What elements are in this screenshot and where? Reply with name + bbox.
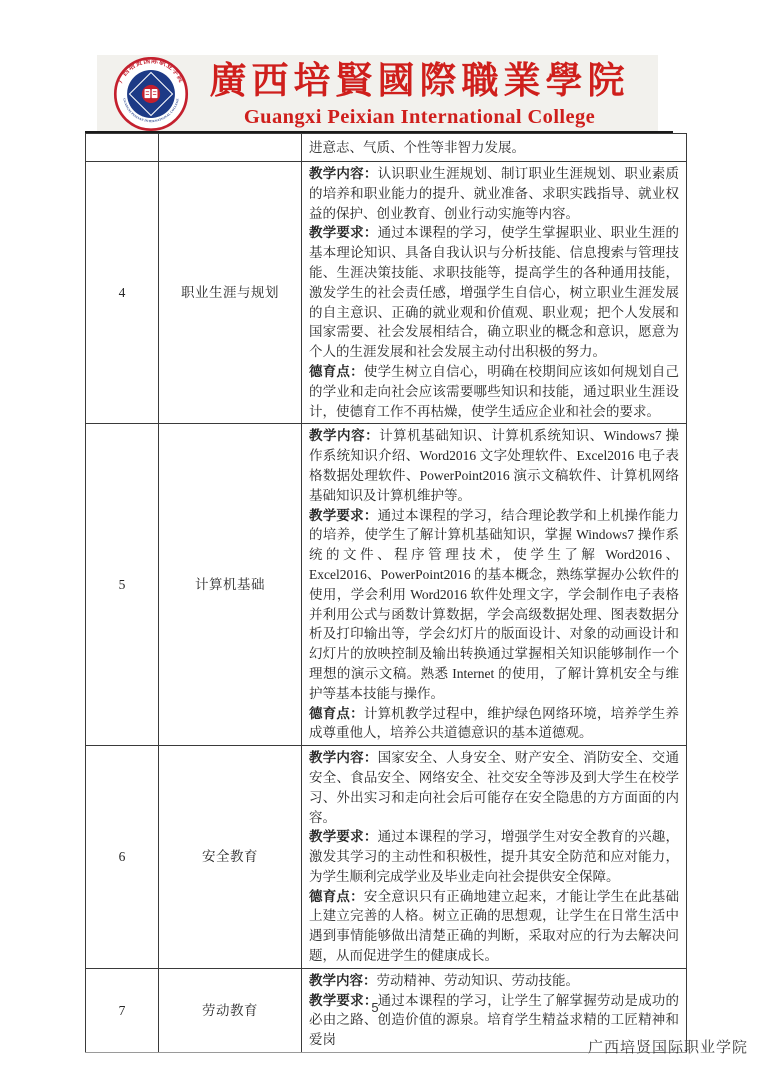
paragraph: 教学要求：通过本课程的学习，使学生掌握职业、职业生涯的基本理论知识、具备自我认识… [309,223,679,362]
paragraph-text: 使学生树立自信心，明确在校期间应该如何规划自己的学业和走向社会应该需要哪些知识和… [309,364,679,419]
paragraph-label: 教学要求： [309,225,378,240]
document-page: 广西培贤国际职业学院 GUANGXI PEIXIAN INTERNATIONAL… [0,0,764,1080]
paragraph: 德育点：计算机教学过程中，维护绿色网络环境，培养学生养成尊重他人，培养公共道德意… [309,704,679,744]
paragraph-label: 教学内容： [309,750,378,765]
table-row-4: 4 职业生涯与规划 教学内容：认识职业生涯规划、制订职业生涯规划、职业素质的培养… [86,162,687,424]
college-title-en: Guangxi Peixian International College [189,105,650,129]
cell-no-empty [86,134,159,162]
paragraph-label: 教学要求： [309,829,378,844]
cell-no: 6 [86,746,159,969]
table-row-carryover: 进意志、气质、个性等非智力发展。 [86,134,687,162]
paragraph: 教学内容：计算机基础知识、计算机系统知识、Windows7 操作系统知识介绍、W… [309,426,679,505]
page-number: 5 [85,1000,665,1015]
paragraph-label: 教学要求： [309,508,378,523]
college-header: 广西培贤国际职业学院 GUANGXI PEIXIAN INTERNATIONAL… [97,55,658,133]
paragraph: 教学内容：认识职业生涯规划、制订职业生涯规划、职业素质的培养和职业能力的提升、就… [309,164,679,223]
college-logo: 广西培贤国际职业学院 GUANGXI PEIXIAN INTERNATIONAL… [113,56,189,132]
college-titles: 廣西培賢國際職業學院 Guangxi Peixian International… [189,60,658,129]
table-row-6: 6 安全教育 教学内容：国家安全、人身安全、财产安全、消防安全、交通安全、食品安… [86,746,687,969]
paragraph: 教学要求：通过本课程的学习，结合理论教学和上机操作能力的培养，使学生了解计算机基… [309,506,679,704]
college-logo-emblem: 广西培贤国际职业学院 GUANGXI PEIXIAN INTERNATIONAL… [113,56,189,132]
cell-no: 4 [86,162,159,424]
table-row-5: 5 计算机基础 教学内容：计算机基础知识、计算机系统知识、Windows7 操作… [86,424,687,746]
cell-course: 职业生涯与规划 [159,162,302,424]
paragraph: 教学内容：劳动精神、劳动知识、劳动技能。 [309,971,679,991]
carryover-text: 进意志、气质、个性等非智力发展。 [309,138,679,158]
paragraph-text: 计算机教学过程中，维护绿色网络环境，培养学生养成尊重他人，培养公共道德意识的基本… [309,706,679,741]
cell-no: 5 [86,424,159,746]
paragraph: 德育点：使学生树立自信心，明确在校期间应该如何规划自己的学业和走向社会应该需要哪… [309,362,679,421]
course-table: 进意志、气质、个性等非智力发展。 4 职业生涯与规划 教学内容：认识职业生涯规划… [85,133,687,1053]
paragraph-label: 德育点： [309,706,364,721]
paragraph-text: 通过本课程的学习，结合理论教学和上机操作能力的培养，使学生了解计算机基础知识，掌… [309,508,679,701]
paragraph-text: 通过本课程的学习，使学生掌握职业、职业生涯的基本理论知识、具备自我认识与分析技能… [309,225,679,359]
paragraph: 德育点：安全意识只有正确地建立起来，才能让学生在此基础上建立完善的人格。树立正确… [309,887,679,966]
paragraph-label: 教学内容： [309,973,377,988]
paragraph-label: 教学内容： [309,428,379,443]
paragraph-text: 劳动精神、劳动知识、劳动技能。 [377,973,580,988]
paragraph-label: 德育点： [309,889,364,904]
cell-content: 教学内容：计算机基础知识、计算机系统知识、Windows7 操作系统知识介绍、W… [302,424,687,746]
cell-content: 教学内容：国家安全、人身安全、财产安全、消防安全、交通安全、食品安全、网络安全、… [302,746,687,969]
cell-course-empty [159,134,302,162]
college-title-zh: 廣西培賢國際職業學院 [189,60,650,104]
paragraph-text: 安全意识只有正确地建立起来，才能让学生在此基础上建立完善的人格。树立正确的思想观… [309,889,679,963]
paragraph: 教学要求：通过本课程的学习，增强学生对安全教育的兴趣，激发其学习的主动性和积极性… [309,827,679,886]
paragraph-label: 德育点： [309,364,364,379]
cell-content: 教学内容：认识职业生涯规划、制订职业生涯规划、职业素质的培养和职业能力的提升、就… [302,162,687,424]
footer-watermark: 广西培贤国际职业学院 [588,1036,748,1057]
cell-course: 安全教育 [159,746,302,969]
cell-content: 进意志、气质、个性等非智力发展。 [302,134,687,162]
cell-course: 计算机基础 [159,424,302,746]
paragraph-label: 教学内容： [309,166,378,181]
paragraph: 教学内容：国家安全、人身安全、财产安全、消防安全、交通安全、食品安全、网络安全、… [309,748,679,827]
